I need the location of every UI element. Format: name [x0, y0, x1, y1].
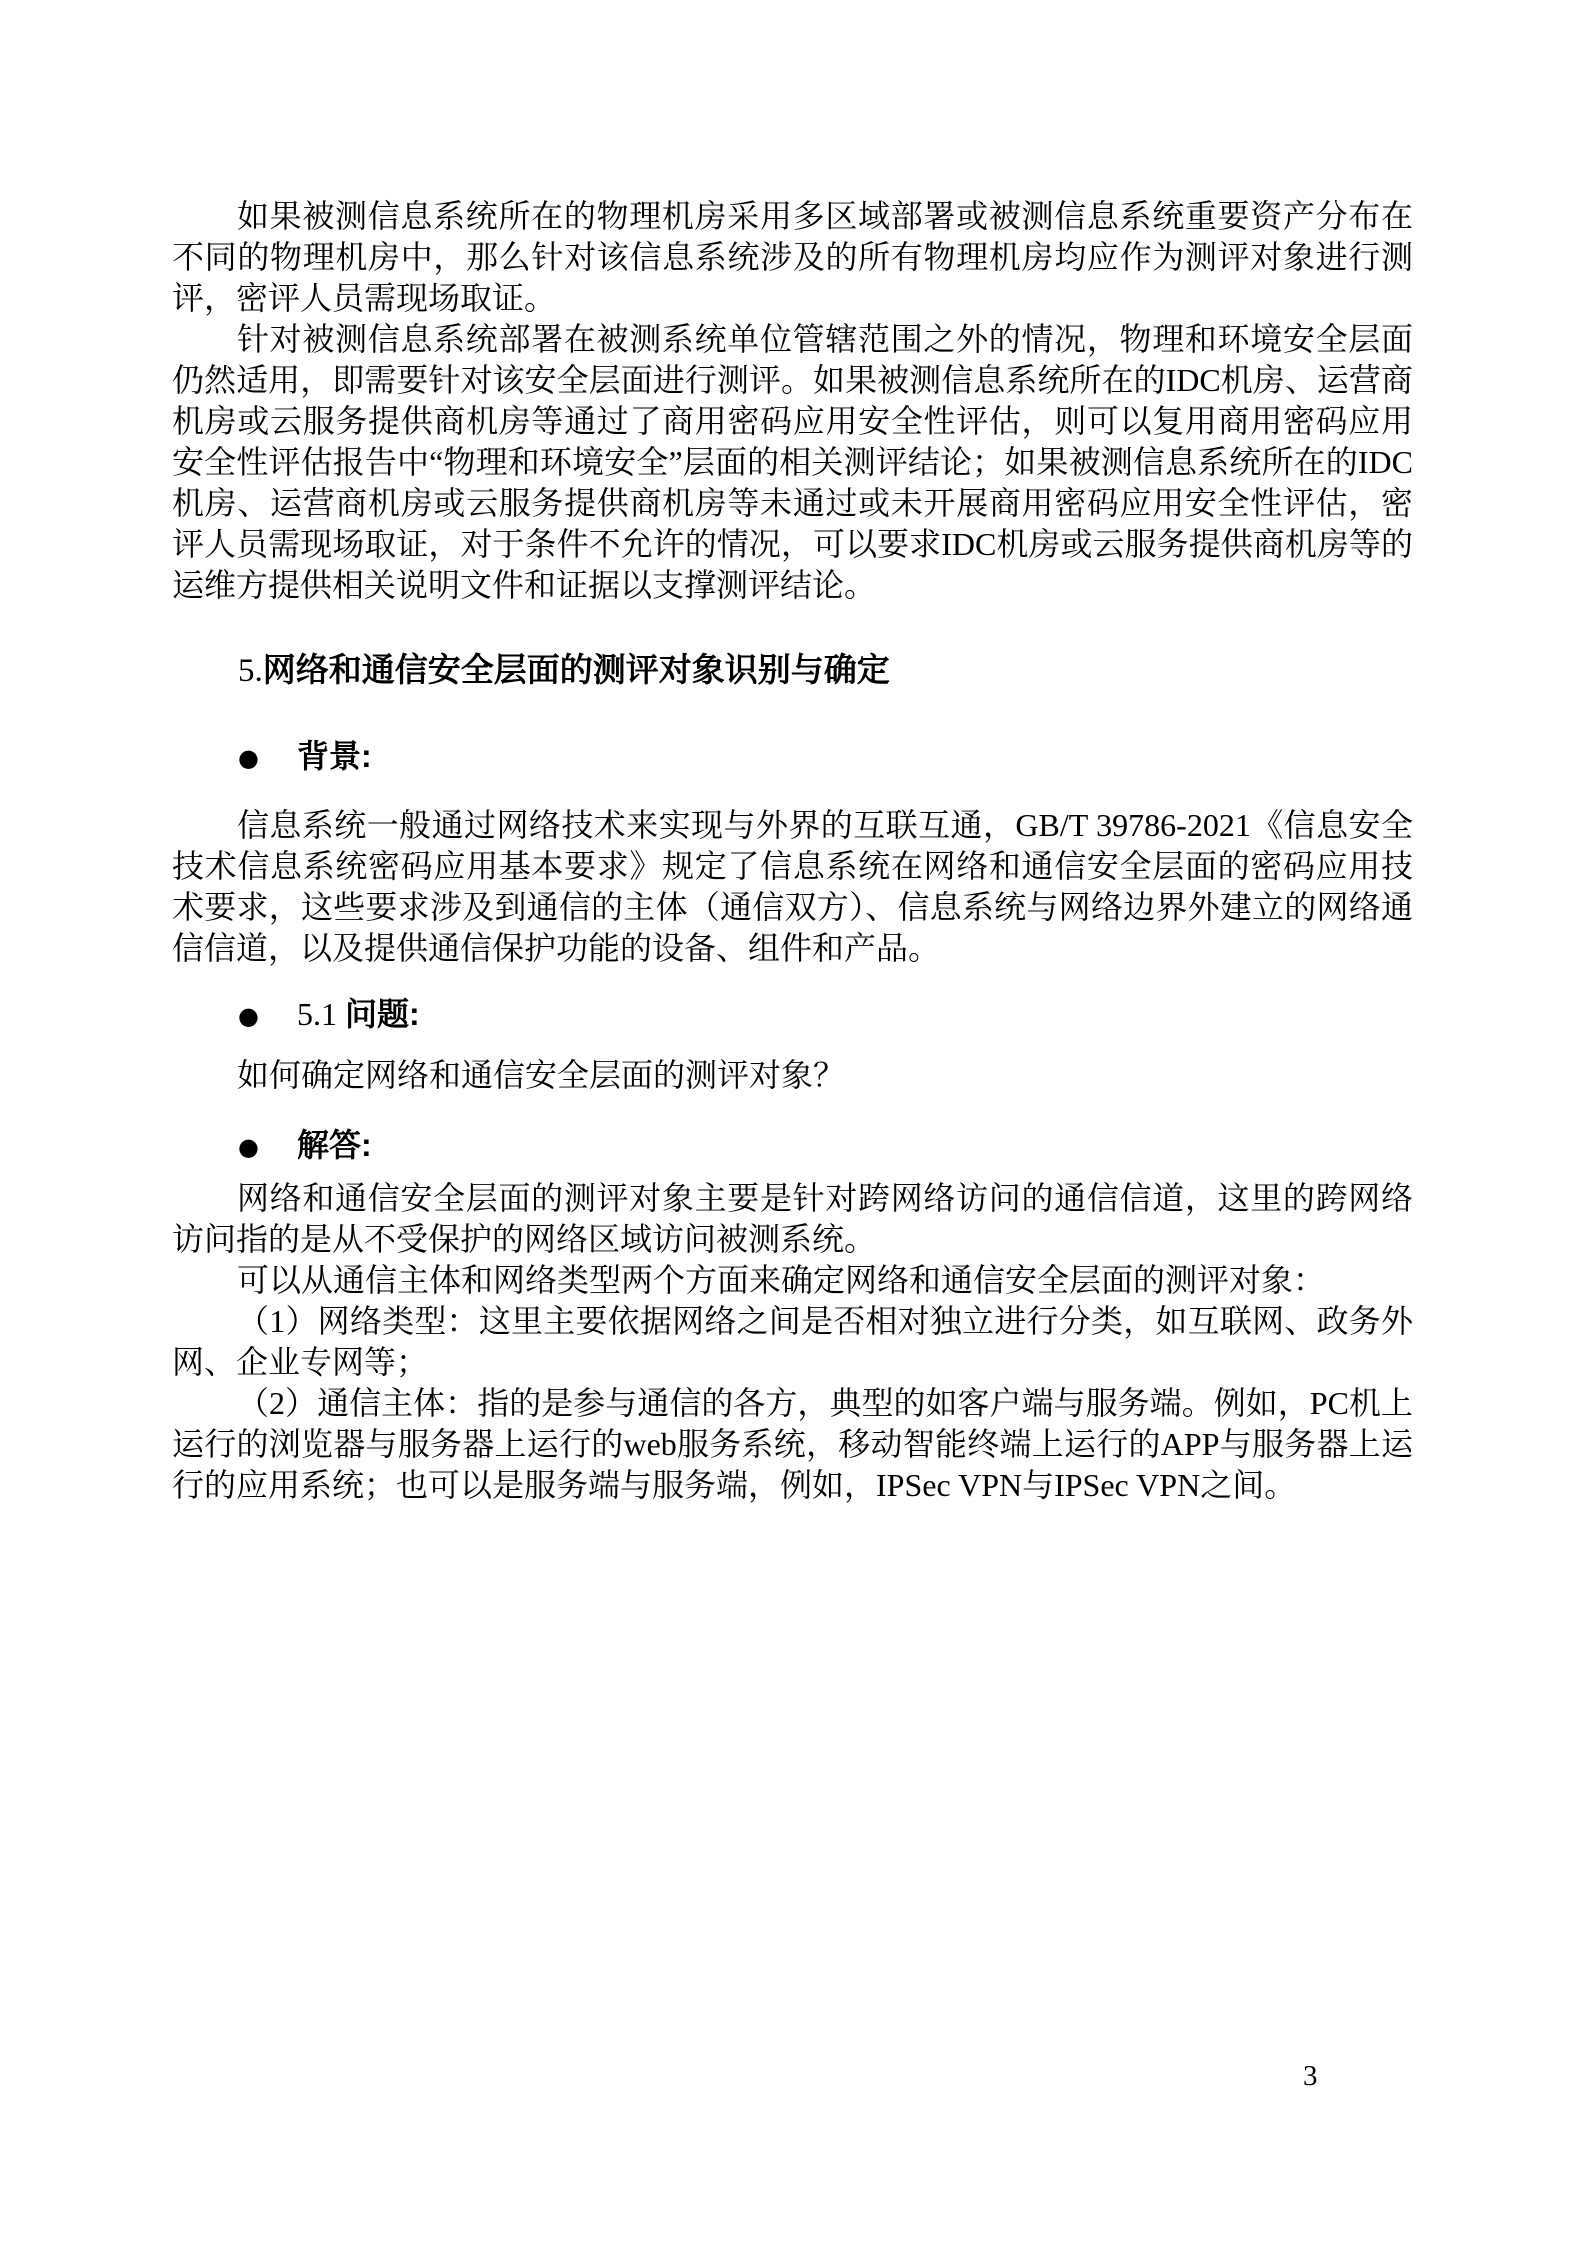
section-title: 网络和通信安全层面的测评对象识别与确定: [263, 651, 890, 688]
question-number: 5.1: [297, 996, 345, 1032]
bullet-item-answer: ●解答:: [172, 1123, 1413, 1169]
bullet-item-question: ●5.1 问题:: [172, 992, 1413, 1038]
paragraph-multi-region-rooms: 如果被测信息系统所在的物理机房采用多区域部署或被测信息系统重要资产分布在不同的物…: [172, 196, 1413, 319]
paragraph-outside-jurisdiction: 针对被测信息系统部署在被测系统单位管辖范围之外的情况，物理和环境安全层面仍然适用…: [172, 319, 1413, 606]
document-page: 如果被测信息系统所在的物理机房采用多区域部署或被测信息系统重要资产分布在不同的物…: [0, 0, 1586, 2244]
question-label: 问题:: [345, 996, 420, 1032]
page-number: 3: [1303, 2059, 1318, 2093]
bullet-icon: ●: [238, 736, 297, 780]
paragraph-answer-main: 网络和通信安全层面的测评对象主要是针对跨网络访问的通信信道，这里的跨网络访问指的…: [172, 1178, 1413, 1260]
paragraph-answer-intro: 可以从通信主体和网络类型两个方面来确定网络和通信安全层面的测评对象：: [172, 1260, 1413, 1301]
page-content: 如果被测信息系统所在的物理机房采用多区域部署或被测信息系统重要资产分布在不同的物…: [172, 196, 1413, 1506]
answer-label: 解答:: [297, 1127, 372, 1163]
section-number: 5.: [238, 653, 263, 689]
bullet-item-background: ●背景:: [172, 734, 1413, 780]
paragraph-answer-network-type: （1）网络类型：这里主要依据网络之间是否相对独立进行分类，如互联网、政务外网、企…: [172, 1301, 1413, 1383]
paragraph-background-text: 信息系统一般通过网络技术来实现与外界的互联互通，GB/T 39786-2021《…: [172, 805, 1413, 969]
section-heading: 5.网络和通信安全层面的测评对象识别与确定: [172, 648, 1413, 693]
background-label: 背景:: [297, 738, 372, 774]
bullet-icon: ●: [238, 994, 297, 1038]
paragraph-answer-comm-subject: （2）通信主体：指的是参与通信的各方，典型的如客户端与服务端。例如，PC机上运行…: [172, 1383, 1413, 1506]
paragraph-question-text: 如何确定网络和通信安全层面的测评对象？: [172, 1055, 1413, 1096]
bullet-icon: ●: [238, 1125, 297, 1169]
